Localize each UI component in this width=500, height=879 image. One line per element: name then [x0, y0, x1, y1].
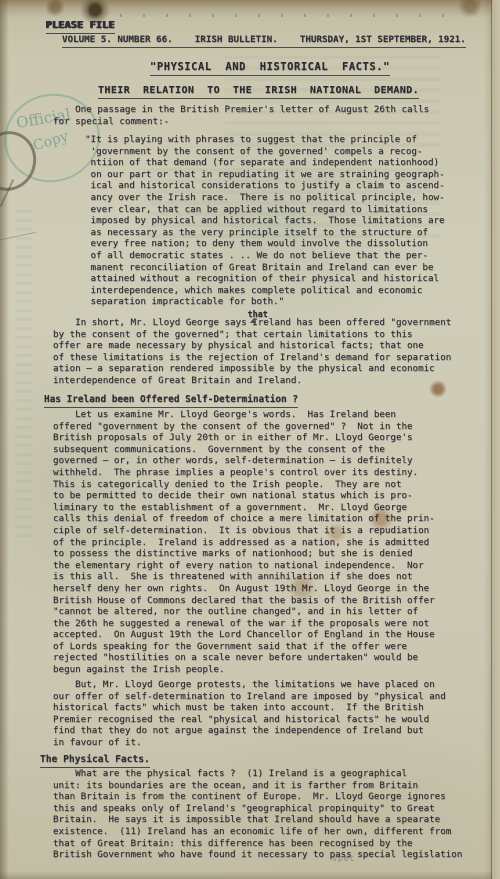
stamp-text-copy: Copy [31, 128, 70, 154]
paragraph-in-short: In short, Mr. Lloyd George saysthat Irel… [53, 317, 466, 387]
page-right-edge [491, 0, 500, 879]
please-file-text: PLEASE FILE [46, 20, 115, 34]
paragraph-intro: One passage in the British Premier's let… [53, 104, 466, 127]
paper-crease [0, 232, 36, 241]
paragraph-physical-facts: What are the physical facts ? (1) Irelan… [53, 768, 468, 861]
section-heading-self-determination-text: Has Ireland been Offered Self-Determinat… [44, 394, 298, 408]
paragraph-lloyd-george-protests: But, Mr. Lloyd George protests, the limi… [53, 679, 468, 749]
section-heading-physical-facts-text: The Physical Facts. [40, 754, 150, 768]
insertion-word: that [248, 309, 268, 321]
paragraph-examine-words: Let us examine Mr. Lloyd George's words.… [53, 409, 466, 676]
bleedthrough-ghost-text: spec [332, 853, 356, 863]
masthead-volume-text: VOLUME 5. NUMBER 66. IRISH BULLETIN. THU… [62, 34, 466, 48]
document-title-text: "PHYSICAL AND HISTORICAL FACTS." [150, 62, 390, 76]
document-subtitle: THEIR RELATION TO THE IRISH NATIONAL DEM… [98, 85, 419, 99]
scanned-document-page: Official Copy PLEASE FILE VOLUME 5. NUMB… [0, 0, 500, 879]
document-subtitle-text: THEIR RELATION TO THE IRISH NATIONAL DEM… [98, 85, 419, 99]
please-file-note: PLEASE FILE [46, 20, 115, 34]
section-heading-physical-facts: The Physical Facts. [40, 754, 150, 768]
section-heading-self-determination: Has Ireland been Offered Self-Determinat… [44, 394, 298, 408]
document-title: "PHYSICAL AND HISTORICAL FACTS." [150, 62, 390, 76]
bleedthrough-top-row [120, 14, 460, 17]
masthead-volume-line: VOLUME 5. NUMBER 66. IRISH BULLETIN. THU… [62, 34, 466, 48]
quote-block-premier-letter: "It is playing with phrases to suggest t… [85, 134, 465, 308]
paragraph-in-short-pre: In short, Mr. Lloyd George says [53, 317, 247, 328]
bleedthrough-block [16, 210, 32, 540]
